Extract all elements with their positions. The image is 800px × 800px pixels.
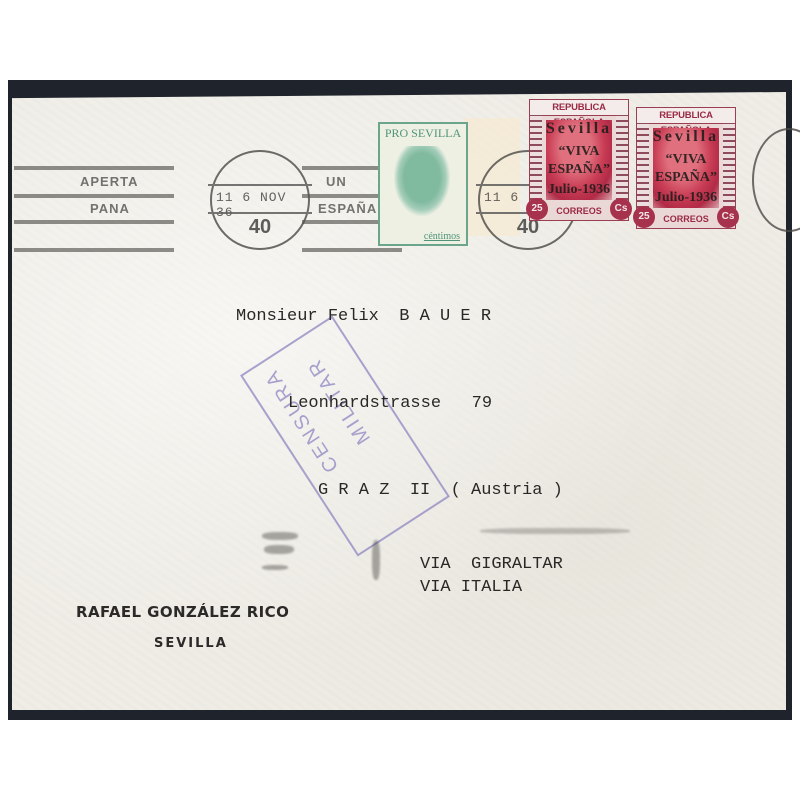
stamp-republica-espanola: REPUBLICA ESPAÑOLA CORREOS 25 Cs Sevilla… <box>636 107 736 229</box>
recipient-city: G R A Z II ( Austria ) <box>318 481 563 500</box>
sender-name: RAFAEL GONZÁLEZ RICO <box>76 603 289 621</box>
ink-smudge <box>372 540 380 580</box>
routing-line-1: VIA GIGRALTAR <box>420 555 563 574</box>
ink-smudge <box>264 545 294 554</box>
postmark: 11 6 NOV 36 40 <box>210 150 310 250</box>
routing-line-2: VIA ITALIA <box>420 578 522 597</box>
ink-smudge <box>480 528 630 534</box>
stamp-republica-espanola: REPUBLICA ESPAÑOLA CORREOS 25 Cs Sevilla… <box>529 99 629 221</box>
recipient-street: Leonhardstrasse 79 <box>288 394 492 413</box>
ink-smudge <box>262 565 288 570</box>
ink-smudge <box>262 532 298 540</box>
recipient-name: Monsieur Felix B A U E R <box>236 307 491 326</box>
sender-city: SEVILLA <box>154 636 228 651</box>
coat-of-arms-icon <box>394 146 450 216</box>
slogan-cancel: APERTA PANA <box>14 150 174 270</box>
stamp-pro-sevilla: PRO SEVILLA céntimos <box>378 122 468 246</box>
